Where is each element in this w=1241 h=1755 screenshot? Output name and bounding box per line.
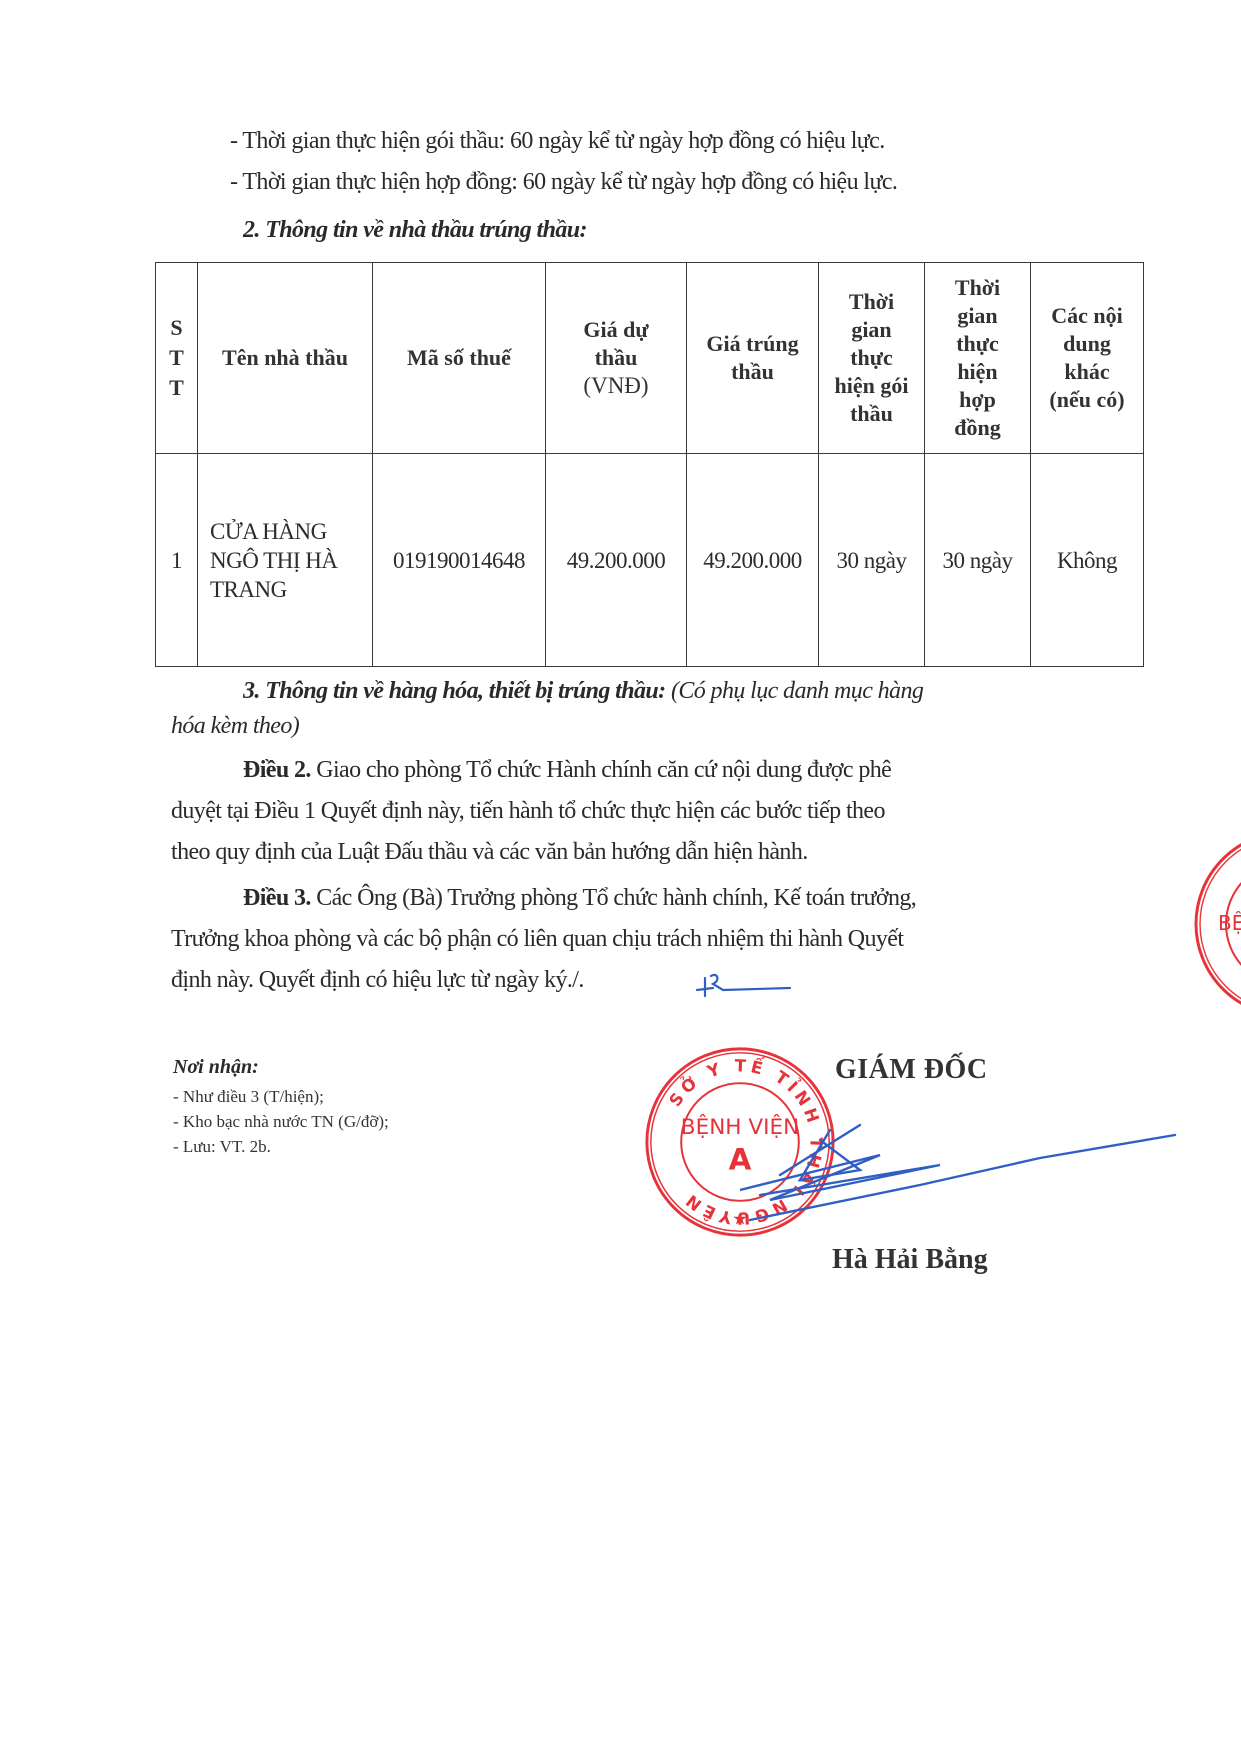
header-winning-price: Giá trúng thầu — [687, 263, 819, 454]
article3-label: Điều 3. — [243, 885, 311, 911]
contract-duration-line: - Thời gian thực hiện hợp đồng: 60 ngày … — [230, 167, 897, 197]
article3-line3: định này. Quyết định có hiệu lực từ ngày… — [171, 965, 584, 995]
header-package-time: Thời gian thực hiện gói thầu — [819, 263, 925, 454]
article2-line1: Điều 2. Giao cho phòng Tổ chức Hành chín… — [243, 755, 891, 785]
partial-stamp-edge-icon: BỆ — [1178, 824, 1241, 1024]
header-tax-code: Mã số thuế — [373, 263, 546, 454]
article3-line2: Trưởng khoa phòng và các bộ phận có liên… — [171, 924, 903, 954]
article3-line1: Điều 3. Các Ông (Bà) Trưởng phòng Tổ chứ… — [243, 883, 916, 913]
cell-tax-code: 019190014648 — [373, 454, 546, 667]
recipients-title: Nơi nhận: — [173, 1056, 259, 1079]
section3-note: (Có phụ lục danh mục hàng — [671, 678, 923, 704]
cell-package-time: 30 ngày — [819, 454, 925, 667]
recipient-item: - Kho bạc nhà nước TN (G/đỡ); — [173, 1111, 389, 1133]
table-row: 1 CỬA HÀNG NGÔ THỊ HÀ TRANG 019190014648… — [156, 454, 1144, 667]
signer-title: GIÁM ĐỐC — [835, 1054, 988, 1086]
cell-bid-price: 49.200.000 — [546, 454, 687, 667]
article2-line3: theo quy định của Luật Đấu thầu và các v… — [171, 837, 808, 867]
signer-name: Hà Hải Bằng — [832, 1244, 988, 1276]
section3-note-cont: hóa kèm theo) — [171, 711, 299, 741]
section3-heading: 3. Thông tin về hàng hóa, thiết bị trúng… — [243, 678, 666, 704]
cell-stt: 1 — [156, 454, 198, 667]
header-bid-price: Giá dự thầu (VNĐ) — [546, 263, 687, 454]
package-duration-line: - Thời gian thực hiện gói thầu: 60 ngày … — [230, 126, 885, 156]
article2-label: Điều 2. — [243, 757, 311, 783]
header-contractor-name: Tên nhà thầu — [198, 263, 373, 454]
recipient-item: - Như điều 3 (T/hiện); — [173, 1086, 324, 1108]
initials-mark-icon — [695, 970, 795, 1000]
svg-text:BỆ: BỆ — [1218, 911, 1241, 935]
header-contract-time: Thời gian thực hiện hợp đồng — [925, 263, 1031, 454]
header-other-content: Các nội dung khác (nếu có) — [1031, 263, 1144, 454]
section3-line: 3. Thông tin về hàng hóa, thiết bị trúng… — [243, 676, 923, 706]
cell-contractor-name: CỬA HÀNG NGÔ THỊ HÀ TRANG — [198, 454, 373, 667]
cell-other-content: Không — [1031, 454, 1144, 667]
header-stt: S T T — [156, 263, 198, 454]
article2-line2: duyệt tại Điều 1 Quyết định này, tiến hà… — [171, 796, 885, 826]
cell-contract-time: 30 ngày — [925, 454, 1031, 667]
director-signature-icon — [740, 1120, 1180, 1230]
winning-contractor-table: S T T Tên nhà thầu Mã số thuế Giá dự thầ… — [155, 262, 1144, 667]
section2-heading: 2. Thông tin về nhà thầu trúng thầu: — [243, 215, 587, 245]
cell-winning-price: 49.200.000 — [687, 454, 819, 667]
recipient-item: - Lưu: VT. 2b. — [173, 1136, 271, 1158]
table-header-row: S T T Tên nhà thầu Mã số thuế Giá dự thầ… — [156, 263, 1144, 454]
